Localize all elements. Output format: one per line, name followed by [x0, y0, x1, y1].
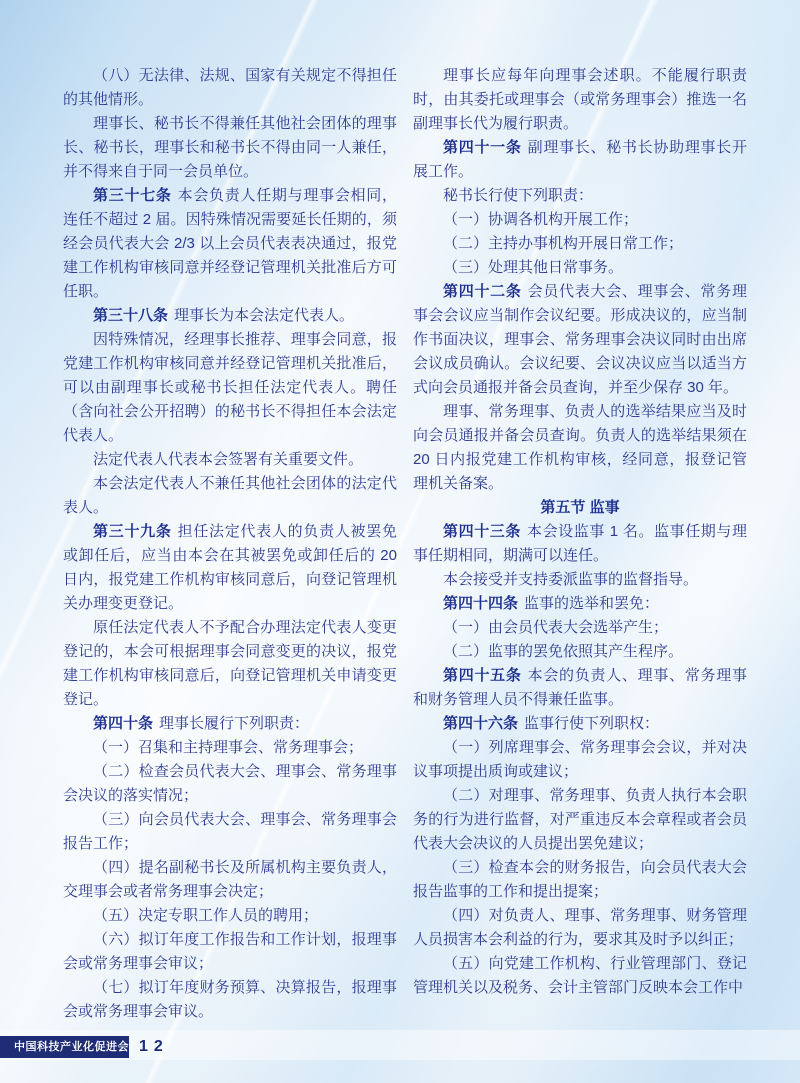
paragraph: 本会接受并支持委派监事的监督指导。 [413, 568, 747, 592]
paragraph: 理事长、秘书长不得兼任其他社会团体的理事长、秘书长，理事长和秘书长不得由同一人兼… [63, 112, 397, 184]
paragraph: （四）提名副秘书长及所属机构主要负责人，交理事会或者常务理事会决定； [63, 856, 397, 904]
article-number: 第四十五条 [443, 667, 522, 684]
paragraph: （六）拟订年度工作报告和工作计划，报理事会或常务理事会审议； [63, 928, 397, 976]
article-paragraph: 第四十条理事长履行下列职责： [63, 712, 397, 736]
paragraph: 理事、常务理事、负责人的选举结果应当及时向会员通报并备会员查询。负责人的选举结果… [413, 400, 747, 496]
article-number: 第四十六条 [443, 715, 518, 732]
article-paragraph: 第四十五条本会的负责人、理事、常务理事和财务管理人员不得兼任监事。 [413, 664, 747, 712]
document-page: （八）无法律、法规、国家有关规定不得担任的其他情形。理事长、秘书长不得兼任其他社… [0, 0, 800, 1083]
article-paragraph: 第四十一条副理事长、秘书长协助理事长开展工作。 [413, 136, 747, 184]
paragraph: （二）对理事、常务理事、负责人执行本会职务的行为进行监督，对严重违反本会章程或者… [413, 784, 747, 856]
article-number: 第四十四条 [443, 595, 518, 612]
article-paragraph: 第四十二条会员代表大会、理事会、常务理事会会议应当制作会议纪要。形成决议的，应当… [413, 280, 747, 400]
paragraph: （二）检查会员代表大会、理事会、常务理事会决议的落实情况； [63, 760, 397, 808]
article-paragraph: 第三十七条本会负责人任期与理事会相同，连任不超过 2 届。因特殊情况需要延长任期… [63, 184, 397, 304]
paragraph: （八）无法律、法规、国家有关规定不得担任的其他情形。 [63, 64, 397, 112]
article-paragraph: 第四十三条本会设监事 1 名。监事任期与理事任期相同，期满可以连任。 [413, 520, 747, 568]
paragraph: （五）向党建工作机构、行业管理部门、登记管理机关以及税务、会计主管部门反映本会工… [413, 952, 747, 1000]
paragraph: （二）主持办事机构开展日常工作； [413, 232, 747, 256]
org-name: 中国科技产业化促进会 [14, 1041, 129, 1053]
section-heading: 第五节 监事 [413, 496, 747, 520]
paragraph: （四）对负责人、理事、常务理事、财务管理人员损害本会利益的行为，要求其及时予以纠… [413, 904, 747, 952]
article-number: 第四十条 [93, 715, 153, 732]
paragraph: （二）监事的罢免依照其产生程序。 [413, 640, 747, 664]
paragraph: （一）列席理事会、常务理事会会议，并对决议事项提出质询或建议； [413, 736, 747, 784]
page-number: 12 [139, 1035, 169, 1059]
article-number: 第四十二条 [443, 283, 522, 300]
article-number: 第四十一条 [443, 139, 522, 156]
paragraph: 秘书长行使下列职责： [413, 184, 747, 208]
article-number: 第四十三条 [443, 523, 521, 540]
paragraph: （三）处理其他日常事务。 [413, 256, 747, 280]
article-paragraph: 第四十四条监事的选举和罢免： [413, 592, 747, 616]
paragraph: 原任法定代表人不予配合办理法定代表人变更登记的，本会可根据理事会同意变更的决议，… [63, 616, 397, 712]
paragraph: 法定代表人代表本会签署有关重要文件。 [63, 448, 397, 472]
left-column: （八）无法律、法规、国家有关规定不得担任的其他情形。理事长、秘书长不得兼任其他社… [63, 64, 397, 1024]
paragraph: 本会法定代表人不兼任其他社会团体的法定代表人。 [63, 472, 397, 520]
paragraph: （一）协调各机构开展工作； [413, 208, 747, 232]
page-content: （八）无法律、法规、国家有关规定不得担任的其他情形。理事长、秘书长不得兼任其他社… [63, 64, 747, 1024]
right-column: 理事长应每年向理事会述职。不能履行职责时，由其委托或理事会（或常务理事会）推选一… [413, 64, 747, 1024]
paragraph: 因特殊情况，经理事长推荐、理事会同意，报党建工作机构审核同意并经登记管理机关批准… [63, 328, 397, 448]
paragraph: （三）检查本会的财务报告，向会员代表大会报告监事的工作和提出提案； [413, 856, 747, 904]
paragraph: （一）召集和主持理事会、常务理事会； [63, 736, 397, 760]
article-paragraph: 第三十九条担任法定代表人的负责人被罢免或卸任后，应当由本会在其被罢免或卸任后的 … [63, 520, 397, 616]
paragraph: （一）由会员代表大会选举产生； [413, 616, 747, 640]
article-number: 第三十九条 [93, 523, 172, 540]
article-paragraph: 第四十六条监事行使下列职权： [413, 712, 747, 736]
paragraph: （七）拟订年度财务预算、决算报告，报理事会或常务理事会审议。 [63, 976, 397, 1024]
paragraph: （五）决定专职工作人员的聘用； [63, 904, 397, 928]
article-paragraph: 第三十八条理事长为本会法定代表人。 [63, 304, 397, 328]
paragraph: 理事长应每年向理事会述职。不能履行职责时，由其委托或理事会（或常务理事会）推选一… [413, 64, 747, 136]
article-number: 第三十七条 [93, 187, 172, 204]
org-name-bar: 中国科技产业化促进会 [0, 1036, 129, 1058]
paragraph: （三）向会员代表大会、理事会、常务理事会报告工作； [63, 808, 397, 856]
article-number: 第五节 监事 [540, 499, 619, 516]
article-number: 第三十八条 [93, 307, 168, 324]
